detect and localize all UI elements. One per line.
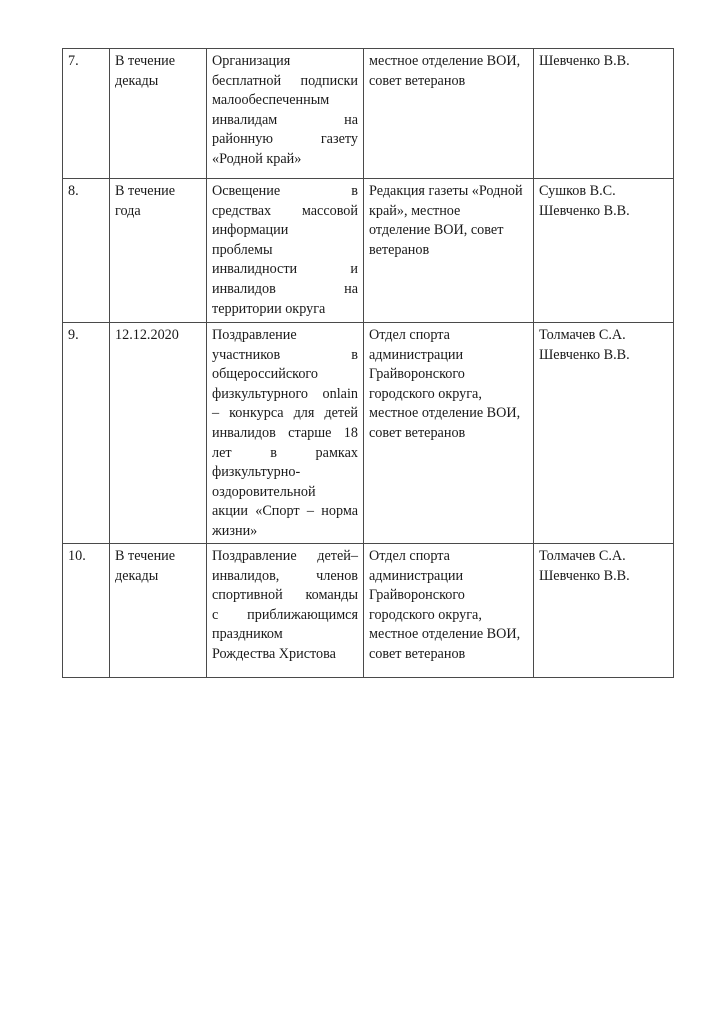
date-text: В течение — [115, 547, 201, 567]
organizer-cell: Отдел спортаадминистрацииГрайворонскогог… — [364, 544, 534, 678]
organizer-text: городского округа, — [369, 606, 528, 626]
organizer-text: совет ветеранов — [369, 424, 528, 444]
date-cell: 12.12.2020 — [110, 323, 207, 544]
row-number: 9. — [68, 327, 79, 343]
event-text: инвалидов старше 18 — [212, 424, 358, 444]
date-text: В течение — [115, 182, 201, 202]
event-text: с приближающимся — [212, 606, 358, 626]
event-text: физкультурно- — [212, 463, 358, 483]
responsible-text: Толмачев С.А. — [539, 547, 668, 567]
table-row: 8.В течениегодаОсвещение всредствах масс… — [63, 179, 674, 323]
event-text: «Родной край» — [212, 150, 358, 170]
event-text: участников в — [212, 346, 358, 366]
organizer-text: Грайворонского — [369, 365, 528, 385]
organizer-cell: Отдел спортаадминистрацииГрайворонскогог… — [364, 323, 534, 544]
responsible-cell: Шевченко В.В. — [534, 49, 674, 179]
event-text: лет в рамках — [212, 444, 358, 464]
event-text: Поздравление детей– — [212, 547, 358, 567]
responsible-text: Шевченко В.В. — [539, 202, 668, 222]
event-text: Рождества Христова — [212, 645, 358, 665]
event-text: районную газету — [212, 130, 358, 150]
row-number-cell: 9. — [63, 323, 110, 544]
organizer-text: ветеранов — [369, 241, 528, 261]
event-text: бесплатной подписки — [212, 72, 358, 92]
responsible-cell: Толмачев С.А.Шевченко В.В. — [534, 544, 674, 678]
organizer-text: отделение ВОИ, совет — [369, 221, 528, 241]
row-number-cell: 10. — [63, 544, 110, 678]
date-cell: В течениедекады — [110, 544, 207, 678]
event-text: инвалидам на — [212, 111, 358, 131]
row-number: 7. — [68, 53, 79, 69]
date-cell: В течениегода — [110, 179, 207, 323]
organizer-text: администрации — [369, 567, 528, 587]
document-page: 7.В течениедекадыОрганизациябесплатной п… — [0, 0, 723, 1024]
organizer-text: местное отделение ВОИ, — [369, 625, 528, 645]
responsible-text: Шевченко В.В. — [539, 567, 668, 587]
events-table: 7.В течениедекадыОрганизациябесплатной п… — [62, 48, 674, 678]
event-text: средствах массовой — [212, 202, 358, 222]
row-number-cell: 8. — [63, 179, 110, 323]
organizer-text: совет ветеранов — [369, 645, 528, 665]
date-text: 12.12.2020 — [115, 326, 201, 346]
organizer-text: местное отделение ВОИ, — [369, 52, 528, 72]
event-text: информации — [212, 221, 358, 241]
date-text: декады — [115, 567, 201, 587]
event-text: Поздравление — [212, 326, 358, 346]
organizer-text: Грайворонского — [369, 586, 528, 606]
organizer-cell: местное отделение ВОИ,совет ветеранов — [364, 49, 534, 179]
event-cell: Организациябесплатной подпискималообеспе… — [207, 49, 364, 179]
organizer-text: совет ветеранов — [369, 72, 528, 92]
event-text: праздником — [212, 625, 358, 645]
organizer-text: местное отделение ВОИ, — [369, 404, 528, 424]
responsible-cell: Сушков В.С.Шевченко В.В. — [534, 179, 674, 323]
event-text: Организация — [212, 52, 358, 72]
responsible-text: Шевченко В.В. — [539, 52, 668, 72]
date-text: декады — [115, 72, 201, 92]
table-row: 9.12.12.2020Поздравлениеучастников вобще… — [63, 323, 674, 544]
event-text: инвалидов, членов — [212, 567, 358, 587]
event-text: жизни» — [212, 522, 358, 542]
event-text: малообеспеченным — [212, 91, 358, 111]
organizer-text: городского округа, — [369, 385, 528, 405]
responsible-cell: Толмачев С.А.Шевченко В.В. — [534, 323, 674, 544]
organizer-text: край», местное — [369, 202, 528, 222]
responsible-text: Толмачев С.А. — [539, 326, 668, 346]
event-cell: Освещение всредствах массовойинформациип… — [207, 179, 364, 323]
organizer-text: Редакция газеты «Родной — [369, 182, 528, 202]
event-text: физкультурного onlain — [212, 385, 358, 405]
event-text: спортивной команды — [212, 586, 358, 606]
event-text: общероссийского — [212, 365, 358, 385]
event-text: проблемы — [212, 241, 358, 261]
row-number: 8. — [68, 183, 79, 199]
event-cell: Поздравлениеучастников вобщероссийскогоф… — [207, 323, 364, 544]
table-row: 7.В течениедекадыОрганизациябесплатной п… — [63, 49, 674, 179]
event-cell: Поздравление детей–инвалидов, членовспор… — [207, 544, 364, 678]
event-text: инвалидности и — [212, 260, 358, 280]
date-text: В течение — [115, 52, 201, 72]
organizer-text: Отдел спорта — [369, 547, 528, 567]
event-text: оздоровительной — [212, 483, 358, 503]
date-cell: В течениедекады — [110, 49, 207, 179]
date-text: года — [115, 202, 201, 222]
organizer-text: Отдел спорта — [369, 326, 528, 346]
organizer-text: администрации — [369, 346, 528, 366]
event-text: территории округа — [212, 300, 358, 320]
row-number: 10. — [68, 548, 86, 564]
event-text: Освещение в — [212, 182, 358, 202]
table-row: 10.В течениедекадыПоздравление детей–инв… — [63, 544, 674, 678]
row-number-cell: 7. — [63, 49, 110, 179]
event-text: акции «Спорт – норма — [212, 502, 358, 522]
responsible-text: Шевченко В.В. — [539, 346, 668, 366]
event-text: инвалидов на — [212, 280, 358, 300]
organizer-cell: Редакция газеты «Роднойкрай», местноеотд… — [364, 179, 534, 323]
responsible-text: Сушков В.С. — [539, 182, 668, 202]
event-text: – конкурса для детей — [212, 404, 358, 424]
